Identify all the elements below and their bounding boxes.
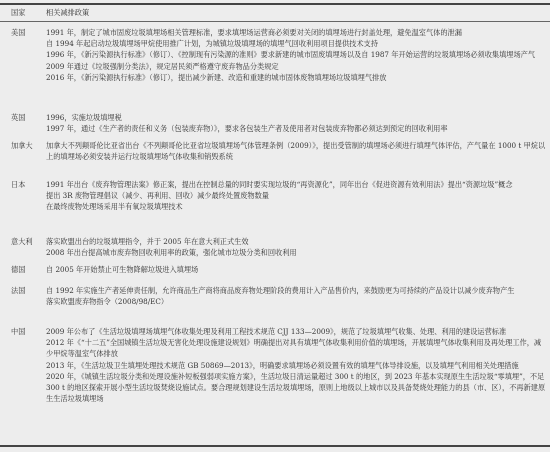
policy-cell: 1991 年，制定了城市固废垃圾填埋场相关管理标准，要求填埋场运营商必须要对关闭…	[46, 27, 546, 83]
policy-item: 2013 年，《生活垃圾卫生填埋处理技术规范 GB 50869—2013》，明确…	[46, 360, 546, 371]
header-country: 国家	[11, 6, 25, 20]
country-cell: 中国	[11, 326, 25, 337]
policy-item: 1991 年出台《废弃物管理法案》修正案，提出在控制总量的同时要实现垃圾的“再资…	[46, 179, 546, 190]
country-cell: 加拿大	[11, 140, 33, 151]
policy-item: 自 1994 年起启动垃圾填埋场甲烷使用推广计划，为城镇垃圾填埋场的填埋气回收利…	[46, 38, 546, 49]
country-cell: 意大利	[11, 236, 33, 247]
policy-item: 自 2005 年开始禁止可生物降解垃圾进入填埋场	[46, 264, 546, 275]
policy-table: 国家 相关减排政策 美国 1991 年，制定了城市固废垃圾填埋场相关管理标准，要…	[0, 0, 550, 452]
policy-cell: 1991 年出台《废弃物管理法案》修正案，提出在控制总量的同时要实现垃圾的“再资…	[46, 179, 546, 213]
country-cell: 德国	[11, 264, 25, 275]
policy-cell: 落实欧盟出台的垃圾填埋指令，并于 2005 年在意大利正式生效 2008 年出台…	[46, 236, 546, 258]
policy-item: 自 1992 年实施生产者延伸责任制，允许商品生产商将商品废弃物处理阶段的费用计…	[46, 285, 546, 296]
policy-item: 2009 年通过《垃圾强制分类法》，规定居民须严格遵守废弃物品分类规定	[46, 61, 546, 72]
policy-cell: 自 1992 年实施生产者延伸责任制，允许商品生产商将商品废弃物处理阶段的费用计…	[46, 285, 546, 307]
policy-item: 2016 年，《新污染源执行标准》（修订），提出减少新建、改造和重建的城市固体废…	[46, 72, 546, 83]
policy-item: 2008 年出台提高城市废弃物回收利用率的政策，强化城市垃圾分类和回收利用	[46, 247, 546, 258]
policy-cell: 2009 年公布了《生活垃圾填埋场填埋气体收集处理及利用工程技术规范 CJJ 1…	[46, 326, 546, 404]
policy-cell: 加拿大不列颠哥伦比亚省出台《不列颠哥伦比亚省垃圾填埋场气体管理条例（2009）》…	[46, 140, 546, 162]
policy-item: 2020 年，《城镇生活垃圾分类和处理设施补短板强弱项实施方案》，生活垃圾日清运…	[46, 371, 546, 405]
country-cell: 日本	[11, 179, 25, 190]
table-header-rule	[0, 21, 550, 22]
country-cell: 法国	[11, 285, 25, 296]
policy-item: 1996 年，《新污染源执行标准》（修订）、《控制现有污染源的准则》要求新建的城…	[46, 49, 546, 60]
country-cell: 美国	[11, 27, 25, 38]
policy-cell: 1996，实施垃圾填埋税 1997 年，通过《生产者的责任和义务（包装废弃物）》…	[46, 112, 546, 134]
table-header: 国家 相关减排政策	[0, 6, 550, 20]
policy-item: 1996，实施垃圾填埋税	[46, 112, 546, 123]
table-top-rule	[0, 3, 550, 5]
policy-item: 2012 年《“十二五”全国城镇生活垃圾无害化处理设施建设规划》明确提出对具有填…	[46, 337, 546, 359]
policy-item: 落实欧盟废弃物指令（2008/98/EC）	[46, 296, 546, 307]
policy-item: 加拿大不列颠哥伦比亚省出台《不列颠哥伦比亚省垃圾填埋场气体管理条例（2009）》…	[46, 140, 546, 162]
policy-cell: 自 2005 年开始禁止可生物降解垃圾进入填埋场	[46, 264, 546, 275]
policy-item: 1997 年，通过《生产者的责任和义务（包装废弃物）》，要求各包装生产者及使用者…	[46, 123, 546, 134]
policy-item: 1991 年，制定了城市固废垃圾填埋场相关管理标准，要求填埋场运营商必须要对关闭…	[46, 27, 546, 38]
policy-item: 在最终废物处理场采用半有氧垃圾填埋技术	[46, 201, 546, 212]
policy-item: 2009 年公布了《生活垃圾填埋场填埋气体收集处理及利用工程技术规范 CJJ 1…	[46, 326, 546, 337]
header-policy: 相关减排政策	[46, 6, 89, 20]
policy-item: 落实欧盟出台的垃圾填埋指令，并于 2005 年在意大利正式生效	[46, 236, 546, 247]
table-bottom-rule	[0, 445, 550, 447]
policy-item: 提出 3R 废物管理倡议（减少、再利用、回收）减少最终处置废物数量	[46, 190, 546, 201]
country-cell: 英国	[11, 112, 25, 123]
